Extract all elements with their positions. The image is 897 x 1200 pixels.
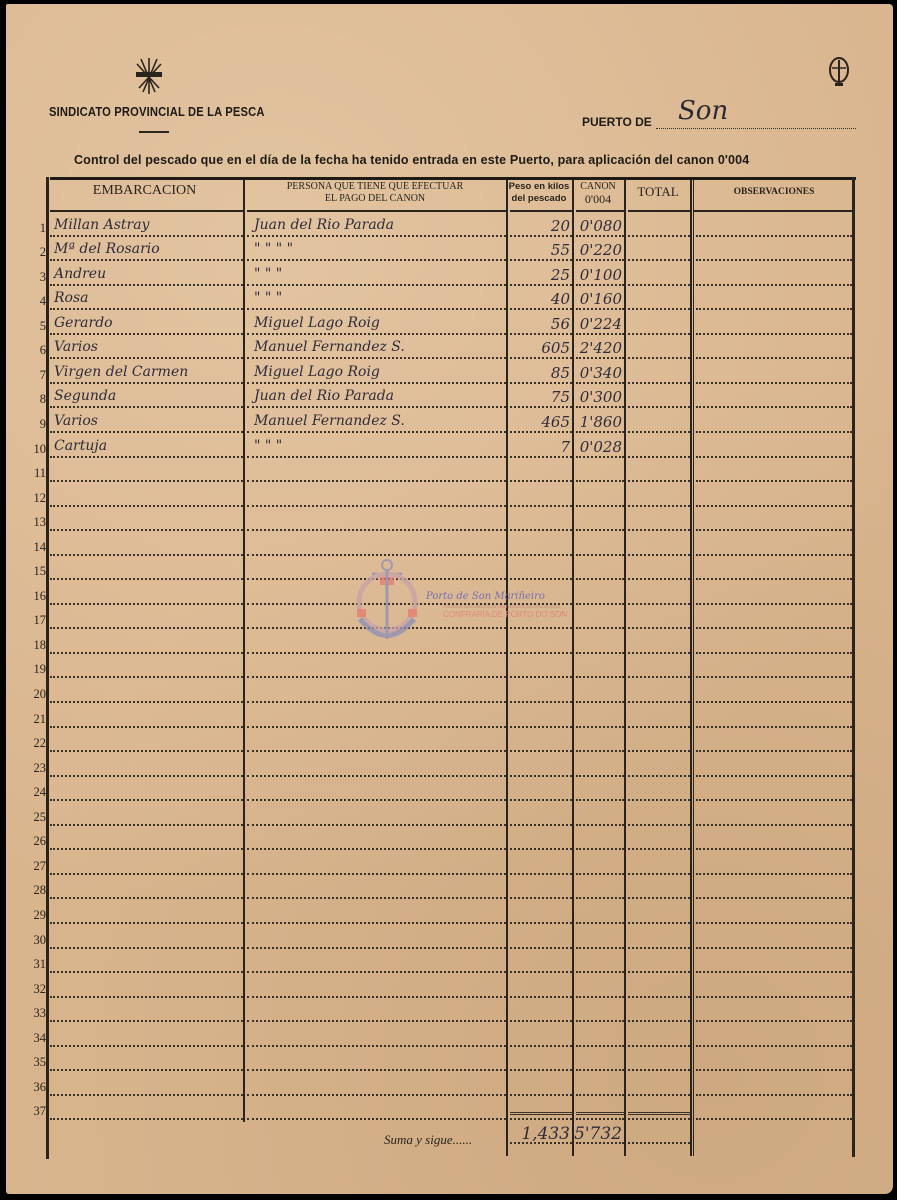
col-header-persona-line1: PERSONA QUE TIENE QUE EFECTUAR bbox=[244, 181, 506, 193]
persona-cell[interactable]: Manuel Fernandez S. bbox=[254, 339, 405, 355]
row-dotted-line bbox=[576, 775, 624, 777]
row-number: 31 bbox=[24, 957, 46, 972]
row-dotted-line bbox=[50, 529, 243, 531]
row-dotted-line bbox=[247, 333, 506, 335]
row-number: 12 bbox=[24, 491, 46, 506]
row-dotted-line bbox=[510, 701, 572, 703]
anchor-lifebuoy-icon bbox=[352, 557, 422, 647]
row-dotted-line bbox=[576, 873, 624, 875]
row-dotted-line bbox=[50, 652, 243, 654]
row-dotted-line bbox=[510, 505, 572, 507]
row-dotted-line bbox=[696, 382, 852, 384]
row-dotted-line bbox=[576, 676, 624, 678]
row-dotted-line bbox=[628, 308, 690, 310]
row-dotted-line bbox=[628, 775, 690, 777]
row-number: 28 bbox=[24, 883, 46, 898]
persona-cell[interactable]: Juan del Rio Parada bbox=[254, 217, 394, 233]
row-dotted-line bbox=[628, 406, 690, 408]
row-dotted-line bbox=[696, 529, 852, 531]
header-divider bbox=[50, 210, 243, 212]
row-dotted-line bbox=[510, 382, 572, 384]
canon-cell[interactable]: 1'860 bbox=[574, 413, 622, 431]
row-dotted-line bbox=[576, 701, 624, 703]
footer-dotted-line bbox=[628, 1142, 690, 1144]
row-dotted-line bbox=[50, 284, 243, 286]
row-dotted-line bbox=[628, 382, 690, 384]
row-dotted-line bbox=[576, 1069, 624, 1071]
persona-cell[interactable]: Miguel Lago Roig bbox=[254, 364, 380, 380]
row-number: 13 bbox=[24, 515, 46, 530]
row-dotted-line bbox=[510, 554, 572, 556]
peso-total: 1,433 bbox=[508, 1124, 570, 1144]
document-page: SINDICATO PROVINCIAL DE LA PESCA PUERTO … bbox=[6, 4, 893, 1194]
row-dotted-line bbox=[247, 1118, 506, 1120]
row-dotted-line bbox=[576, 799, 624, 801]
row-number: 9 bbox=[24, 417, 46, 432]
row-dotted-line bbox=[576, 284, 624, 286]
col-header-peso: Peso en kilos del pescado bbox=[506, 181, 572, 205]
canon-cell[interactable]: 0'028 bbox=[574, 438, 622, 456]
row-dotted-line bbox=[696, 873, 852, 875]
row-dotted-line bbox=[628, 1045, 690, 1047]
row-dotted-line bbox=[628, 357, 690, 359]
row-number: 33 bbox=[24, 1006, 46, 1021]
row-dotted-line bbox=[247, 848, 506, 850]
row-dotted-line bbox=[628, 456, 690, 458]
persona-cell[interactable]: Miguel Lago Roig bbox=[254, 315, 380, 331]
persona-cell[interactable]: " " " bbox=[254, 438, 282, 454]
row-number: 10 bbox=[24, 442, 46, 457]
puerto-field-line bbox=[656, 128, 856, 129]
row-dotted-line bbox=[576, 971, 624, 973]
canon-cell[interactable]: 2'420 bbox=[574, 339, 622, 357]
row-dotted-line bbox=[510, 456, 572, 458]
row-dotted-line bbox=[696, 308, 852, 310]
row-number: 23 bbox=[24, 761, 46, 776]
persona-cell[interactable]: " " " bbox=[254, 290, 282, 306]
row-dotted-line bbox=[247, 529, 506, 531]
canon-cell[interactable]: 0'340 bbox=[574, 364, 622, 382]
peso-cell[interactable]: 56 bbox=[508, 315, 570, 333]
row-dotted-line bbox=[576, 1020, 624, 1022]
row-dotted-line bbox=[628, 726, 690, 728]
row-dotted-line bbox=[628, 1069, 690, 1071]
row-number: 26 bbox=[24, 834, 46, 849]
table-top-border bbox=[50, 177, 856, 180]
header-divider bbox=[576, 210, 624, 212]
row-dotted-line bbox=[696, 775, 852, 777]
row-dotted-line bbox=[510, 848, 572, 850]
row-dotted-line bbox=[628, 431, 690, 433]
row-dotted-line bbox=[628, 529, 690, 531]
row-dotted-line bbox=[247, 259, 506, 261]
row-dotted-line bbox=[50, 799, 243, 801]
row-dotted-line bbox=[510, 406, 572, 408]
row-dotted-line bbox=[696, 259, 852, 261]
row-dotted-line bbox=[510, 922, 572, 924]
embarcacion-cell[interactable]: Rosa bbox=[54, 290, 89, 306]
row-dotted-line bbox=[50, 357, 243, 359]
row-dotted-line bbox=[50, 922, 243, 924]
row-dotted-line bbox=[247, 971, 506, 973]
row-dotted-line bbox=[576, 1094, 624, 1096]
total-rule bbox=[510, 1112, 572, 1115]
row-dotted-line bbox=[696, 701, 852, 703]
row-number: 7 bbox=[24, 368, 46, 383]
row-dotted-line bbox=[628, 922, 690, 924]
row-number: 2 bbox=[24, 245, 46, 260]
row-dotted-line bbox=[50, 1118, 243, 1120]
row-dotted-line bbox=[576, 603, 624, 605]
row-dotted-line bbox=[247, 308, 506, 310]
row-dotted-line bbox=[510, 480, 572, 482]
row-dotted-line bbox=[510, 897, 572, 899]
peso-cell[interactable]: 20 bbox=[508, 217, 570, 235]
row-number: 6 bbox=[24, 343, 46, 358]
organization-underline bbox=[139, 131, 169, 133]
row-dotted-line bbox=[628, 578, 690, 580]
puerto-label: PUERTO DE bbox=[582, 115, 652, 129]
row-dotted-line bbox=[696, 897, 852, 899]
row-dotted-line bbox=[576, 824, 624, 826]
peso-cell[interactable]: 55 bbox=[508, 241, 570, 259]
row-dotted-line bbox=[50, 1069, 243, 1071]
row-dotted-line bbox=[50, 259, 243, 261]
row-dotted-line bbox=[50, 382, 243, 384]
archive-watermark bbox=[352, 557, 422, 652]
row-dotted-line bbox=[576, 996, 624, 998]
row-dotted-line bbox=[510, 750, 572, 752]
row-dotted-line bbox=[510, 1118, 572, 1120]
row-dotted-line bbox=[510, 578, 572, 580]
row-dotted-line bbox=[510, 627, 572, 629]
organization-name: SINDICATO PROVINCIAL DE LA PESCA bbox=[49, 104, 265, 119]
row-dotted-line bbox=[576, 726, 624, 728]
row-dotted-line bbox=[628, 750, 690, 752]
row-dotted-line bbox=[50, 308, 243, 310]
row-dotted-line bbox=[247, 652, 506, 654]
row-dotted-line bbox=[247, 284, 506, 286]
row-dotted-line bbox=[247, 996, 506, 998]
row-dotted-line bbox=[247, 505, 506, 507]
row-dotted-line bbox=[628, 824, 690, 826]
row-dotted-line bbox=[628, 701, 690, 703]
row-dotted-line bbox=[247, 382, 506, 384]
row-dotted-line bbox=[50, 873, 243, 875]
peso-cell[interactable]: 85 bbox=[508, 364, 570, 382]
row-number: 11 bbox=[24, 466, 46, 481]
row-dotted-line bbox=[50, 406, 243, 408]
footer-dotted-line bbox=[510, 1142, 572, 1144]
row-dotted-line bbox=[50, 627, 243, 629]
row-dotted-line bbox=[696, 848, 852, 850]
row-number: 32 bbox=[24, 982, 46, 997]
row-dotted-line bbox=[576, 406, 624, 408]
persona-cell[interactable]: " " " " bbox=[254, 241, 293, 257]
row-dotted-line bbox=[628, 1094, 690, 1096]
row-dotted-line bbox=[50, 676, 243, 678]
row-number: 18 bbox=[24, 638, 46, 653]
row-dotted-line bbox=[510, 308, 572, 310]
row-dotted-line bbox=[510, 529, 572, 531]
row-dotted-line bbox=[576, 480, 624, 482]
persona-cell[interactable]: " " " bbox=[254, 266, 282, 282]
row-number: 8 bbox=[24, 392, 46, 407]
peso-cell[interactable]: 40 bbox=[508, 290, 570, 308]
row-dotted-line bbox=[247, 873, 506, 875]
row-dotted-line bbox=[576, 627, 624, 629]
row-dotted-line bbox=[510, 775, 572, 777]
row-dotted-line bbox=[628, 996, 690, 998]
row-dotted-line bbox=[696, 480, 852, 482]
row-dotted-line bbox=[247, 431, 506, 433]
row-dotted-line bbox=[576, 308, 624, 310]
row-number: 15 bbox=[24, 564, 46, 579]
row-dotted-line bbox=[247, 406, 506, 408]
canon-cell[interactable]: 0'100 bbox=[574, 266, 622, 284]
embarcacion-cell[interactable]: Gerardo bbox=[54, 315, 113, 331]
row-dotted-line bbox=[628, 554, 690, 556]
table-right-border bbox=[852, 177, 855, 1157]
col-header-canon-line2: 0'004 bbox=[572, 193, 624, 205]
row-number: 5 bbox=[24, 319, 46, 334]
row-dotted-line bbox=[628, 799, 690, 801]
row-number: 25 bbox=[24, 810, 46, 825]
row-dotted-line bbox=[628, 652, 690, 654]
col-header-total: TOTAL bbox=[624, 184, 692, 200]
row-dotted-line bbox=[510, 799, 572, 801]
row-dotted-line bbox=[696, 1118, 852, 1120]
row-number: 20 bbox=[24, 687, 46, 702]
embarcacion-cell[interactable]: Segunda bbox=[54, 388, 116, 404]
column-divider bbox=[243, 180, 245, 1122]
row-dotted-line bbox=[696, 676, 852, 678]
row-dotted-line bbox=[696, 947, 852, 949]
row-dotted-line bbox=[510, 652, 572, 654]
row-number: 4 bbox=[24, 294, 46, 309]
row-dotted-line bbox=[696, 554, 852, 556]
row-dotted-line bbox=[628, 284, 690, 286]
row-dotted-line bbox=[247, 775, 506, 777]
row-dotted-line bbox=[510, 1020, 572, 1022]
embarcacion-cell[interactable]: Varios bbox=[54, 413, 98, 429]
row-dotted-line bbox=[696, 1020, 852, 1022]
coat-of-arms-icon bbox=[828, 56, 850, 92]
row-dotted-line bbox=[576, 333, 624, 335]
row-dotted-line bbox=[50, 505, 243, 507]
form-subtitle: Control del pescado que en el día de la … bbox=[74, 153, 749, 167]
row-dotted-line bbox=[247, 235, 506, 237]
row-dotted-line bbox=[576, 431, 624, 433]
puerto-value: Son bbox=[678, 96, 728, 126]
persona-cell[interactable]: Juan del Rio Parada bbox=[254, 388, 394, 404]
canon-cell[interactable]: 0'220 bbox=[574, 241, 622, 259]
row-dotted-line bbox=[50, 996, 243, 998]
footer-dotted-line bbox=[576, 1142, 624, 1144]
row-dotted-line bbox=[576, 947, 624, 949]
col-header-canon: CANON 0'004 bbox=[572, 181, 624, 205]
row-dotted-line bbox=[50, 701, 243, 703]
canon-cell[interactable]: 0'160 bbox=[574, 290, 622, 308]
row-dotted-line bbox=[628, 676, 690, 678]
row-dotted-line bbox=[510, 333, 572, 335]
row-dotted-line bbox=[50, 333, 243, 335]
row-dotted-line bbox=[50, 971, 243, 973]
row-dotted-line bbox=[576, 554, 624, 556]
table-left-border bbox=[46, 177, 49, 1159]
row-dotted-line bbox=[247, 1020, 506, 1022]
row-dotted-line bbox=[628, 480, 690, 482]
embarcacion-cell[interactable]: Andreu bbox=[54, 266, 106, 282]
row-dotted-line bbox=[247, 1094, 506, 1096]
row-dotted-line bbox=[247, 676, 506, 678]
watermark-title: Porto de Son Mariñeiro bbox=[426, 591, 545, 602]
col-header-observaciones: OBSERVACIONES bbox=[694, 187, 854, 197]
row-dotted-line bbox=[696, 1094, 852, 1096]
row-dotted-line bbox=[50, 824, 243, 826]
row-number: 17 bbox=[24, 613, 46, 628]
row-dotted-line bbox=[576, 897, 624, 899]
row-dotted-line bbox=[696, 1045, 852, 1047]
embarcacion-cell[interactable]: Cartuja bbox=[54, 438, 107, 454]
row-dotted-line bbox=[510, 996, 572, 998]
row-dotted-line bbox=[696, 922, 852, 924]
row-dotted-line bbox=[510, 873, 572, 875]
row-dotted-line bbox=[696, 284, 852, 286]
col-header-persona: PERSONA QUE TIENE QUE EFECTUAR EL PAGO D… bbox=[244, 181, 506, 205]
embarcacion-cell[interactable]: Virgen del Carmen bbox=[54, 364, 188, 380]
peso-cell[interactable]: 25 bbox=[508, 266, 570, 284]
row-number: 29 bbox=[24, 908, 46, 923]
row-dotted-line bbox=[628, 235, 690, 237]
row-dotted-line bbox=[247, 824, 506, 826]
row-dotted-line bbox=[50, 775, 243, 777]
row-number: 35 bbox=[24, 1055, 46, 1070]
canon-cell[interactable]: 0'080 bbox=[574, 217, 622, 235]
row-dotted-line bbox=[628, 1118, 690, 1120]
row-dotted-line bbox=[247, 554, 506, 556]
row-dotted-line bbox=[50, 235, 243, 237]
persona-cell[interactable]: Manuel Fernandez S. bbox=[254, 413, 405, 429]
row-dotted-line bbox=[576, 652, 624, 654]
row-number: 14 bbox=[24, 540, 46, 555]
row-dotted-line bbox=[510, 824, 572, 826]
row-dotted-line bbox=[628, 603, 690, 605]
row-number: 36 bbox=[24, 1080, 46, 1095]
row-dotted-line bbox=[628, 897, 690, 899]
watermark-subtitle: FONDOS DOCUMENTAIS HISTÓRICOS DIXITALIZA… bbox=[443, 604, 560, 609]
row-number: 24 bbox=[24, 785, 46, 800]
embarcacion-cell[interactable]: Millan Astray bbox=[54, 217, 149, 233]
row-number: 30 bbox=[24, 933, 46, 948]
row-dotted-line bbox=[50, 603, 243, 605]
suma-y-sigue-label: Suma y sigue...... bbox=[384, 1132, 472, 1148]
row-number: 21 bbox=[24, 712, 46, 727]
canon-total: 5'732 bbox=[574, 1124, 622, 1144]
row-dotted-line bbox=[696, 357, 852, 359]
row-dotted-line bbox=[510, 1069, 572, 1071]
row-dotted-line bbox=[576, 848, 624, 850]
row-dotted-line bbox=[50, 947, 243, 949]
row-dotted-line bbox=[50, 1094, 243, 1096]
row-dotted-line bbox=[50, 456, 243, 458]
peso-cell[interactable]: 75 bbox=[508, 388, 570, 406]
row-dotted-line bbox=[50, 578, 243, 580]
col-header-peso-line1: Peso en kilos bbox=[506, 181, 572, 193]
row-dotted-line bbox=[50, 1020, 243, 1022]
canon-cell[interactable]: 0'224 bbox=[574, 315, 622, 333]
col-header-persona-line2: EL PAGO DEL CANON bbox=[244, 193, 506, 205]
row-dotted-line bbox=[247, 897, 506, 899]
row-dotted-line bbox=[247, 456, 506, 458]
row-dotted-line bbox=[247, 1069, 506, 1071]
row-dotted-line bbox=[576, 1045, 624, 1047]
col-header-embarcacion: EMBARCACION bbox=[46, 183, 243, 199]
row-dotted-line bbox=[628, 947, 690, 949]
row-dotted-line bbox=[696, 799, 852, 801]
row-dotted-line bbox=[510, 676, 572, 678]
row-dotted-line bbox=[696, 406, 852, 408]
row-dotted-line bbox=[696, 996, 852, 998]
row-number: 27 bbox=[24, 859, 46, 874]
row-dotted-line bbox=[696, 235, 852, 237]
header-divider bbox=[694, 210, 852, 212]
embarcacion-cell[interactable]: Varios bbox=[54, 339, 98, 355]
row-dotted-line bbox=[247, 726, 506, 728]
peso-cell[interactable]: 7 bbox=[508, 438, 570, 456]
header-divider bbox=[628, 210, 690, 212]
row-dotted-line bbox=[510, 1094, 572, 1096]
column-divider bbox=[624, 180, 626, 1156]
row-dotted-line bbox=[510, 431, 572, 433]
row-dotted-line bbox=[628, 505, 690, 507]
row-dotted-line bbox=[510, 947, 572, 949]
row-dotted-line bbox=[50, 1045, 243, 1047]
row-dotted-line bbox=[510, 235, 572, 237]
header-divider bbox=[510, 210, 572, 212]
row-dotted-line bbox=[247, 922, 506, 924]
row-dotted-line bbox=[510, 726, 572, 728]
row-number: 19 bbox=[24, 662, 46, 677]
canon-cell[interactable]: 0'300 bbox=[574, 388, 622, 406]
row-dotted-line bbox=[247, 799, 506, 801]
row-dotted-line bbox=[628, 873, 690, 875]
row-number: 16 bbox=[24, 589, 46, 604]
row-dotted-line bbox=[576, 529, 624, 531]
row-dotted-line bbox=[628, 1020, 690, 1022]
col-header-peso-line2: del pescado bbox=[506, 193, 572, 205]
header-divider bbox=[247, 210, 506, 212]
row-dotted-line bbox=[510, 971, 572, 973]
row-dotted-line bbox=[696, 824, 852, 826]
row-dotted-line bbox=[247, 1045, 506, 1047]
row-dotted-line bbox=[628, 627, 690, 629]
row-dotted-line bbox=[696, 431, 852, 433]
row-dotted-line bbox=[576, 259, 624, 261]
row-dotted-line bbox=[247, 357, 506, 359]
row-dotted-line bbox=[50, 431, 243, 433]
peso-cell[interactable]: 605 bbox=[508, 339, 570, 357]
row-dotted-line bbox=[696, 750, 852, 752]
row-dotted-line bbox=[696, 726, 852, 728]
row-dotted-line bbox=[510, 284, 572, 286]
embarcacion-cell[interactable]: Mª del Rosario bbox=[54, 241, 160, 257]
peso-cell[interactable]: 465 bbox=[508, 413, 570, 431]
row-dotted-line bbox=[696, 333, 852, 335]
yoke-arrows-emblem-icon bbox=[132, 54, 166, 98]
row-dotted-line bbox=[696, 578, 852, 580]
watermark-org: CONFRARÍA DE PORTO DO SON bbox=[443, 610, 567, 619]
